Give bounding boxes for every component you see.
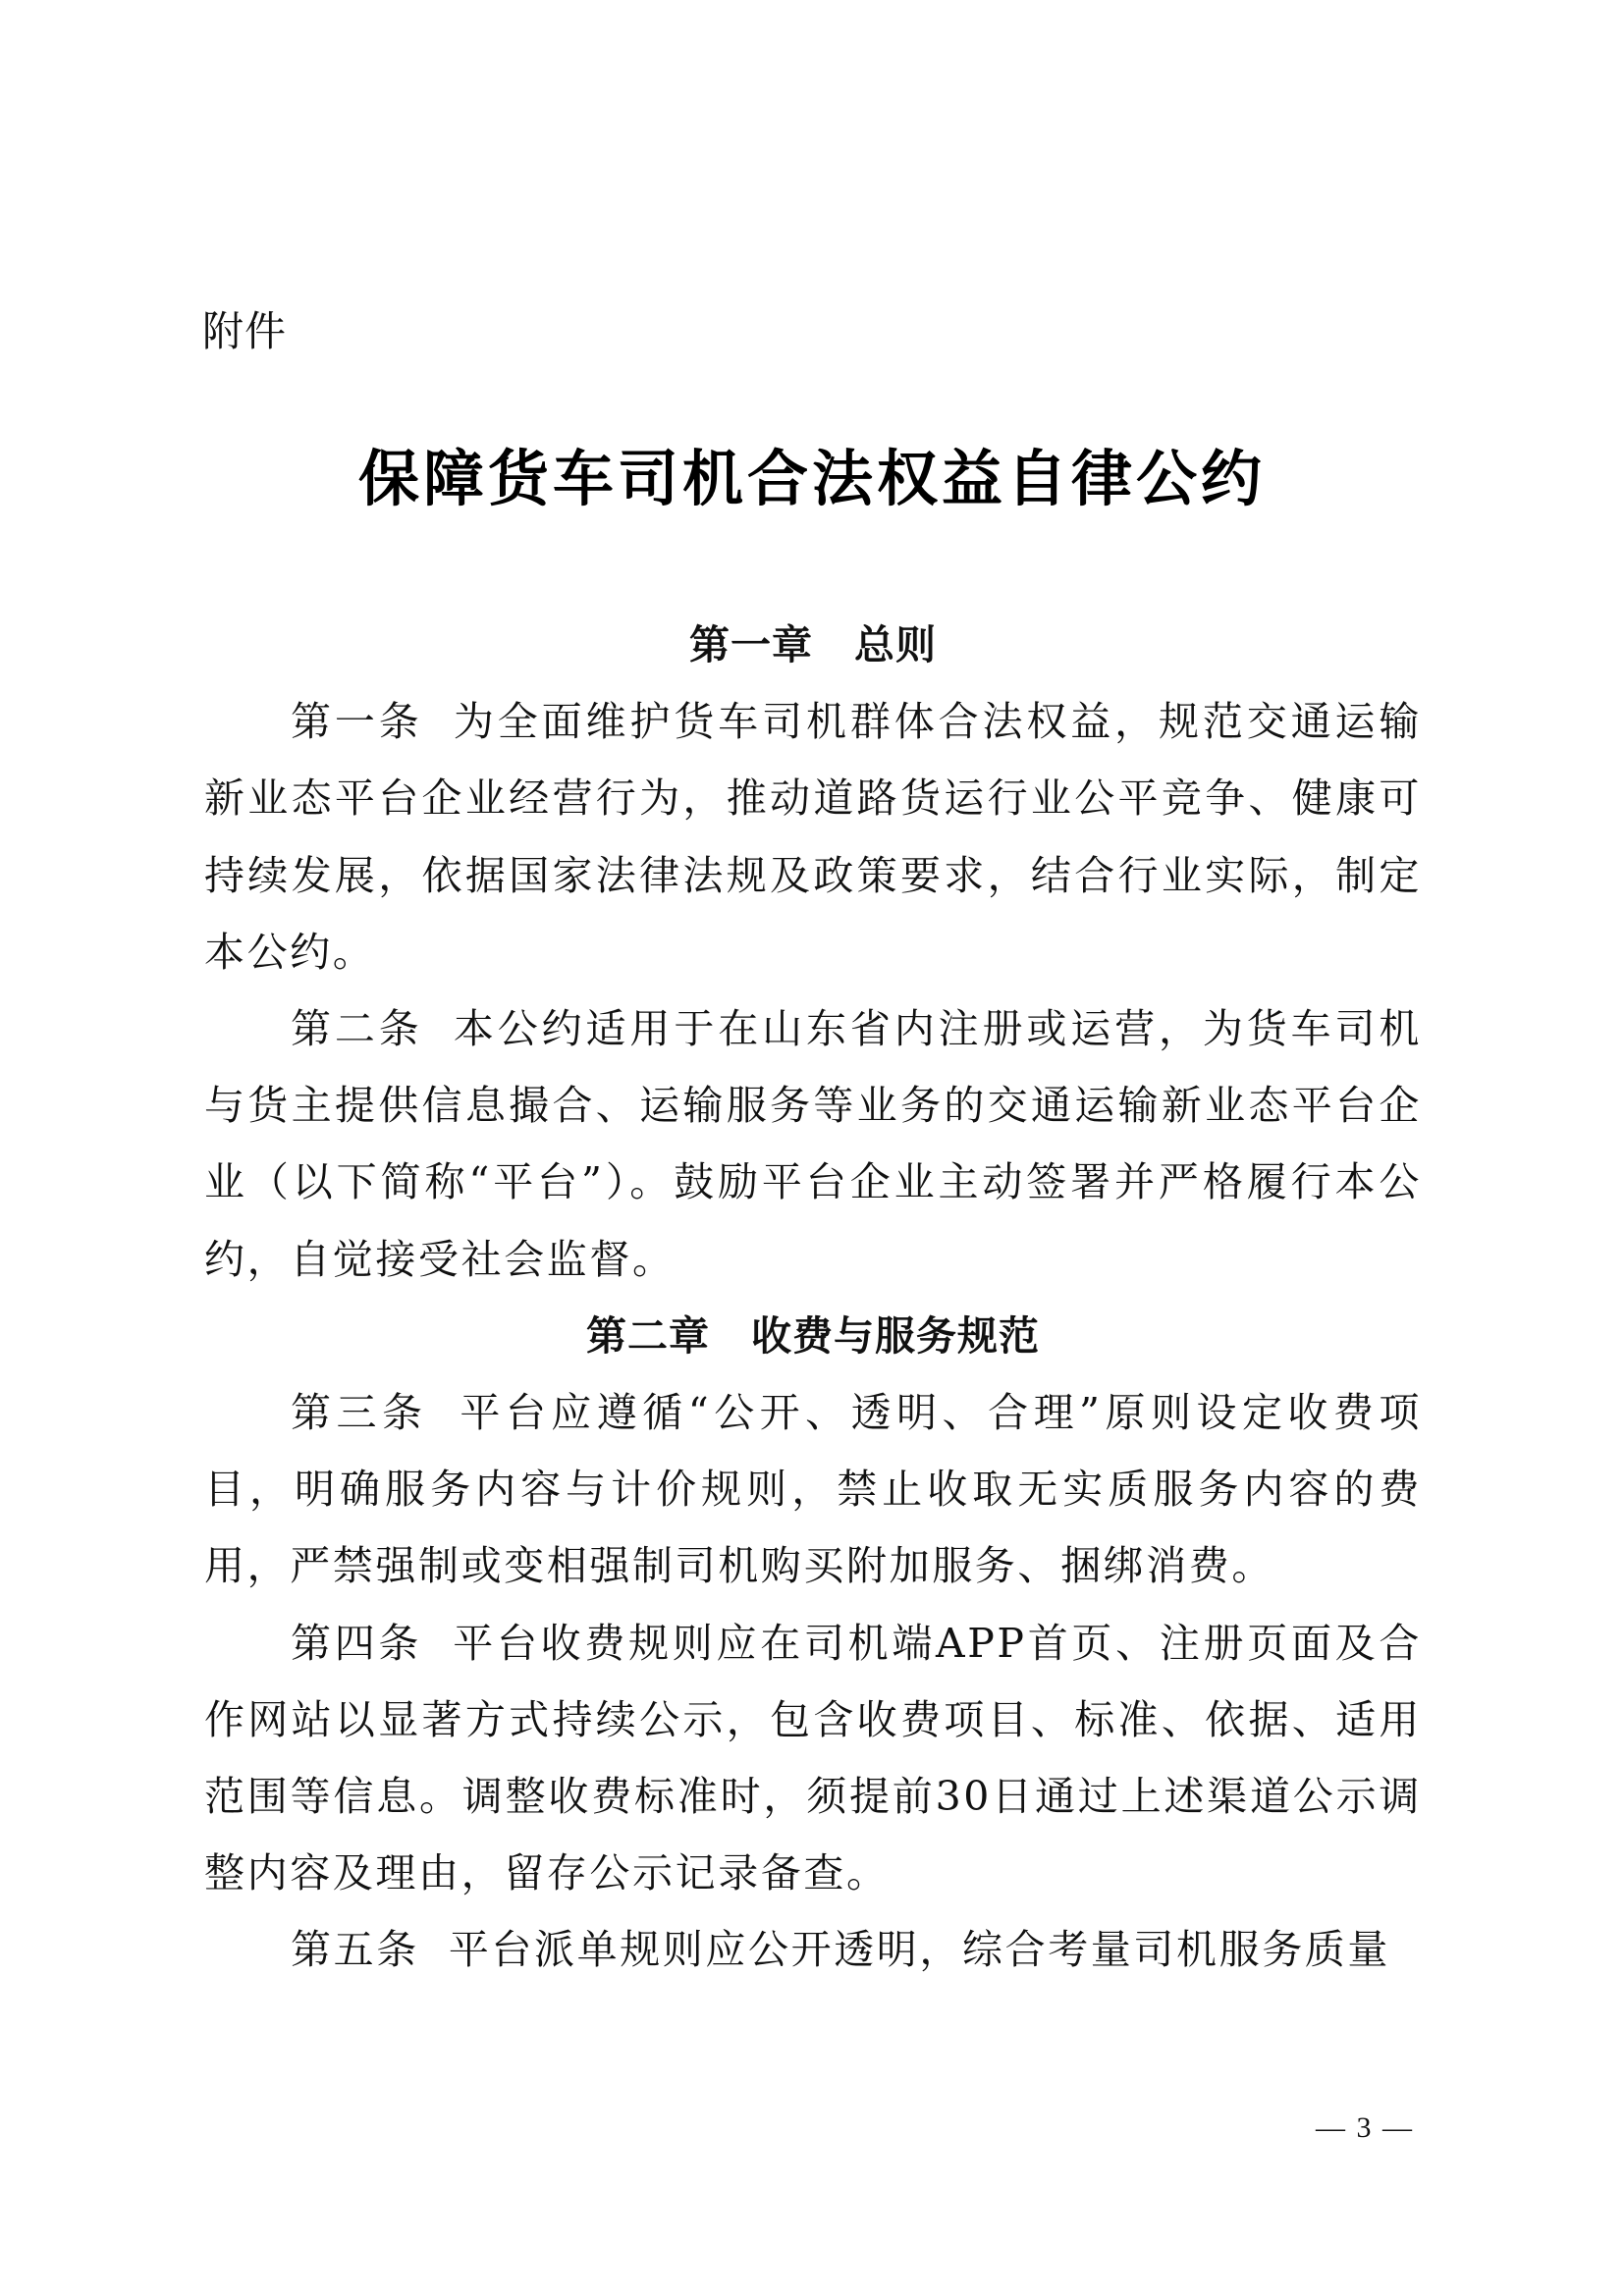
chapter-heading-2: 第二章收费与服务规范 (204, 1298, 1422, 1374)
article-number: 第一条 (291, 698, 423, 745)
article-4: 第四条平台收费规则应在司机端APP首页、注册页面及合作网站以显著方式持续公示，包… (204, 1605, 1422, 1912)
attachment-label: 附件 (202, 304, 287, 359)
document-title: 保障货车司机合法权益自律公约 (0, 440, 1624, 518)
chapter-number: 第二章 (586, 1312, 710, 1360)
chapter-number: 第一章 (689, 621, 813, 668)
article-number: 第四条 (291, 1620, 422, 1667)
article-number: 第五条 (291, 1926, 419, 1973)
chapter-heading-1: 第一章总则 (204, 607, 1422, 683)
chapter-name: 收费与服务规范 (751, 1312, 1040, 1360)
article-number: 第三条 (291, 1389, 427, 1436)
page-number: — 3 — (1316, 2109, 1414, 2148)
article-3: 第三条平台应遵循“公开、透明、合理”原则设定收费项目，明确服务内容与计价规则，禁… (204, 1374, 1422, 1605)
article-5: 第五条平台派单规则应公开透明，综合考量司机服务质量 (204, 1911, 1422, 1988)
article-number: 第二条 (291, 1005, 423, 1052)
article-text: 平台派单规则应公开透明，综合考量司机服务质量 (449, 1926, 1390, 1973)
document-page: 附件 保障货车司机合法权益自律公约 第一章总则 第一条为全面维护货车司机群体合法… (0, 0, 1624, 2296)
article-2: 第二条本公约适用于在山东省内注册或运营，为货车司机与货主提供信息撮合、运输服务等… (204, 990, 1422, 1298)
document-body: 第一章总则 第一条为全面维护货车司机群体合法权益，规范交通运输新业态平台企业经营… (204, 607, 1422, 1989)
chapter-name: 总则 (854, 621, 937, 668)
article-1: 第一条为全面维护货车司机群体合法权益，规范交通运输新业态平台企业经营行为，推动道… (204, 683, 1422, 990)
